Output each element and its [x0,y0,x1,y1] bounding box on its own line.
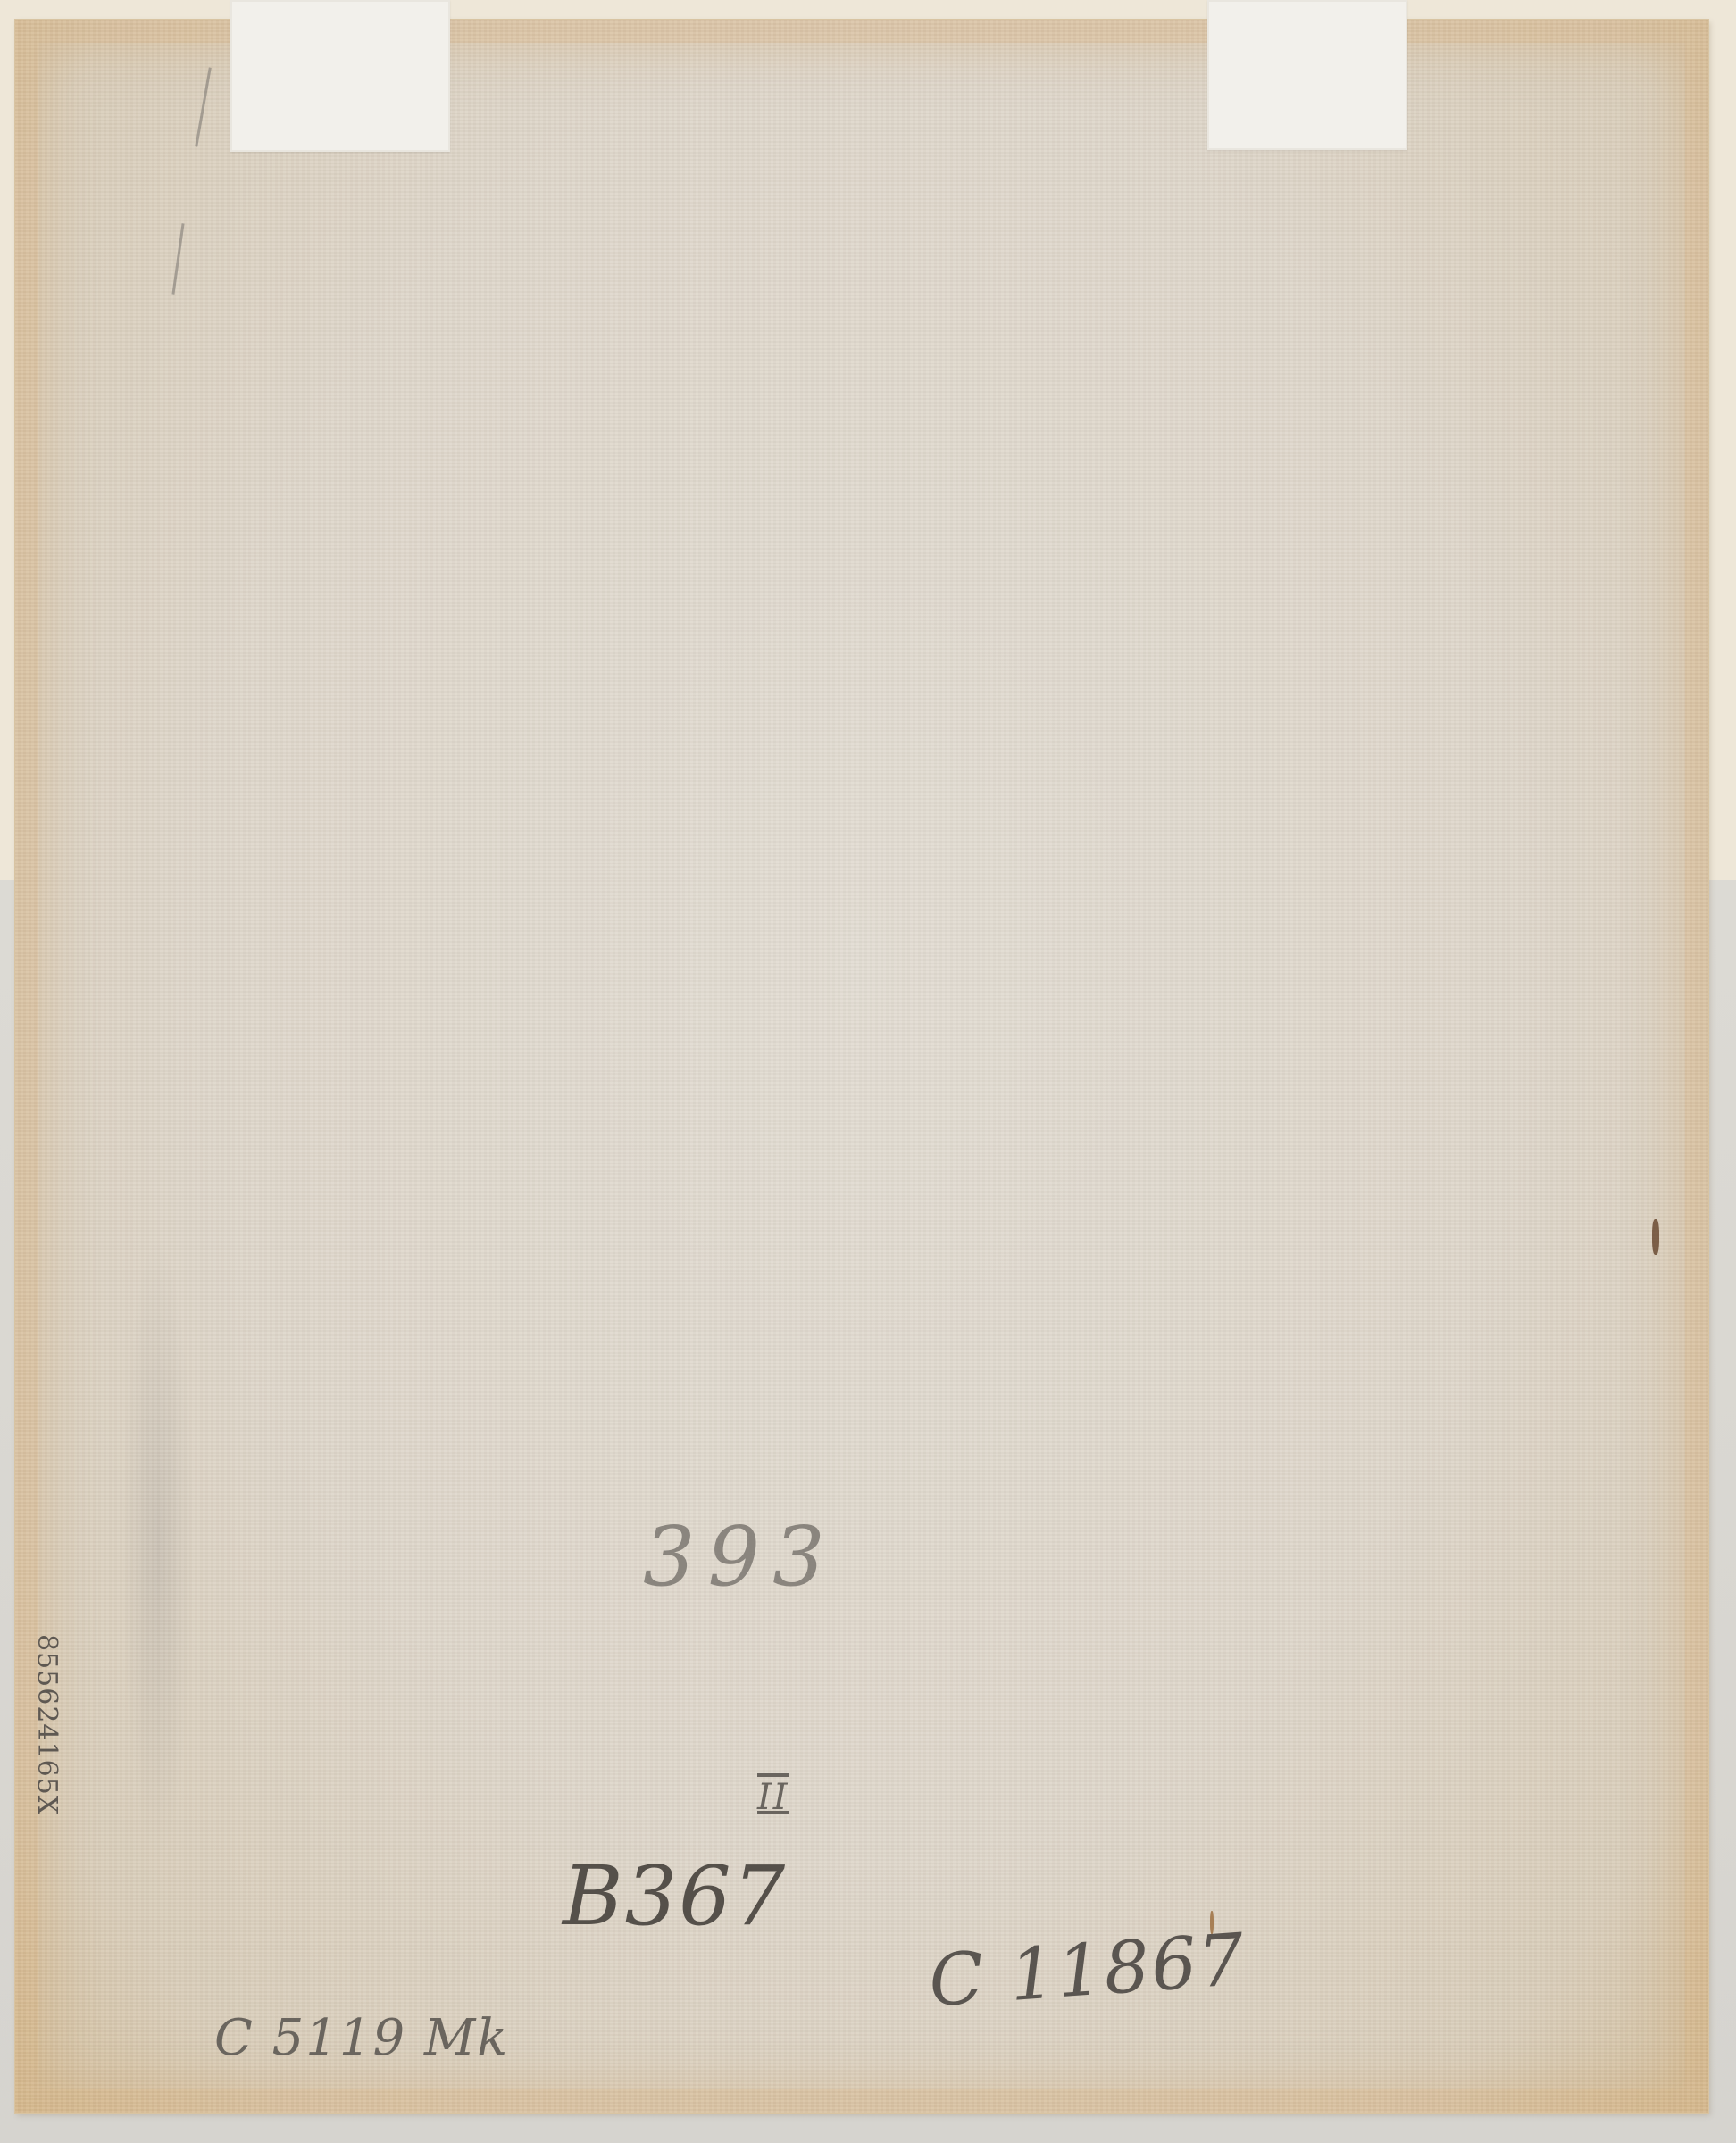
hinge-tape-left [230,0,450,152]
graphite-smudge [122,1234,194,1859]
stain-spot [1652,1219,1659,1255]
paper-sheet-verso [15,20,1708,2113]
inscription-faint-number: 393 [643,1509,838,1605]
inscription-catalogue-c-left: C 5119 Mk [214,2009,509,2067]
inscription-catalogue-b: B367 [563,1848,787,1944]
inscription-vertical-edge: 855624165X [31,1634,63,1815]
hinge-tape-right [1207,0,1407,150]
inscription-state: II [757,1777,789,1818]
